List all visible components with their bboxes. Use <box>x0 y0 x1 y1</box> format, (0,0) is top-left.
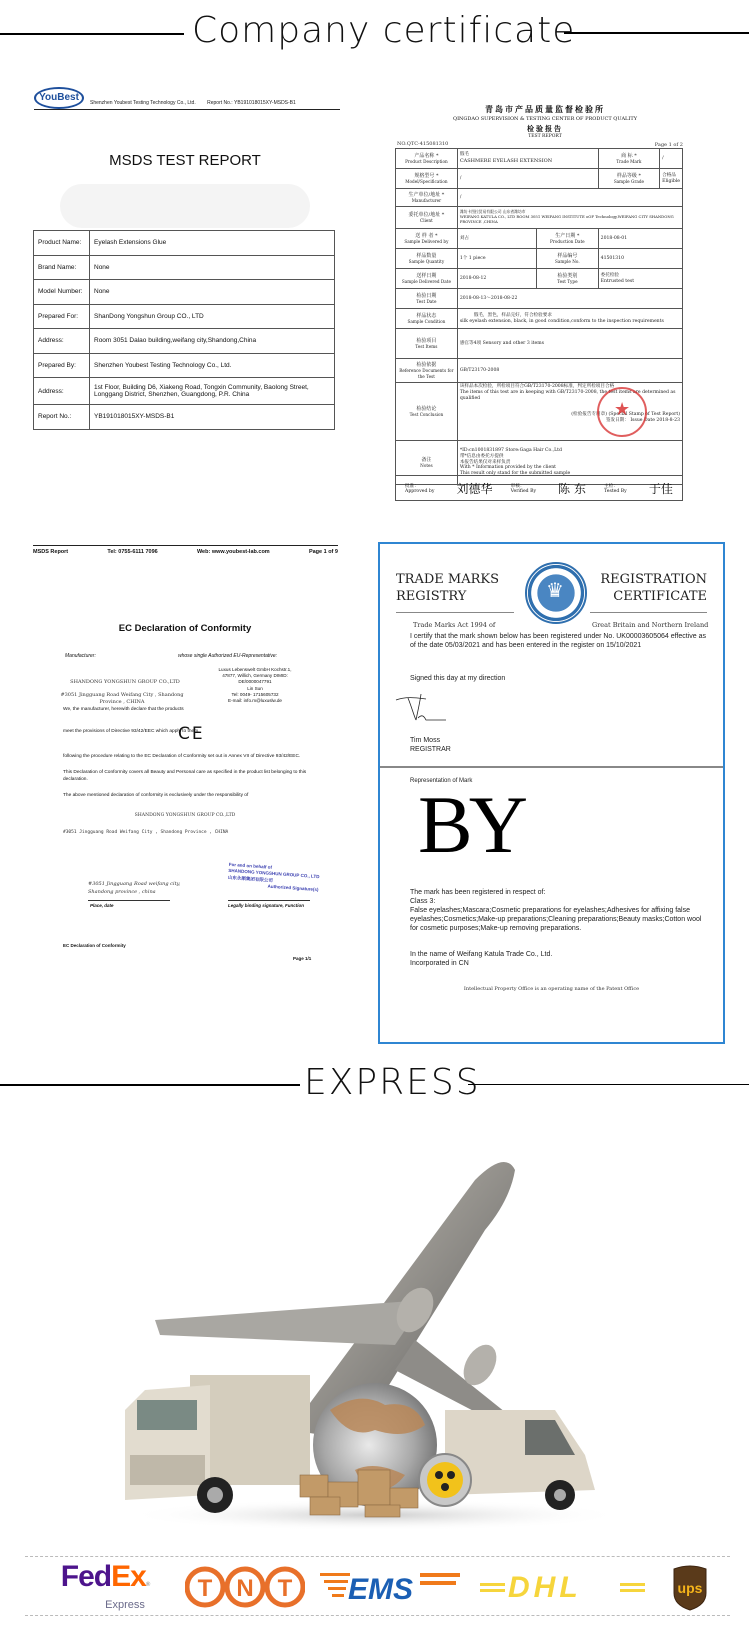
fedex-logo: FedEx® Express <box>40 1557 170 1617</box>
patent-office-crest-icon <box>525 562 587 624</box>
table-row: 样品状态Sample Condition 假毛，黑色，样品完好，符合检验要求si… <box>396 309 683 329</box>
table-row: Prepared By:Shenzhen Youbest Testing Tec… <box>34 353 335 378</box>
van-icon <box>445 1410 595 1510</box>
logistics-illustration <box>115 1110 635 1530</box>
svg-text:ups: ups <box>678 1580 703 1596</box>
company-stamp: For and on behalf of SHANDONG YONGSHUN G… <box>227 862 320 893</box>
owner-text: In the name of Weifang Katula Trade Co.,… <box>410 950 710 968</box>
test-report-table: 产品名称 *Product Description 假毛CASHMERE EYE… <box>395 148 683 485</box>
red-seal-stamp <box>597 387 647 437</box>
table-row: Prepared For:ShanDong Yongshun Group CO.… <box>34 304 335 329</box>
trademark-certificate: TRADE MARKS REGISTRY REGISTRATION CERTIF… <box>378 542 725 1044</box>
header-rule <box>34 109 340 110</box>
tested-signature: 于佳 <box>649 480 673 497</box>
section-title-certificates: Company certificate <box>0 0 749 70</box>
section-divider <box>380 766 723 768</box>
youbest-logo: YouBest <box>34 87 84 109</box>
ems-logo: EMS <box>315 1557 465 1617</box>
manufacturer-address: #3051 Jingguang Road Weifang City , Shan… <box>52 692 192 705</box>
msds-info-table: Product Name:Eyelash Extensions Glue Bra… <box>33 230 335 430</box>
redacted-area <box>60 184 310 228</box>
table-row: 样品数量Sample Quantity 1个 1 piece 样品编号Sampl… <box>396 249 683 269</box>
act-subtitle: Trade Marks Act 1994 of <box>413 621 495 629</box>
table-row: 送 样 者 *Sample Delivered by 刘占 生产日期 *Prod… <box>396 229 683 249</box>
certify-text: I certify that the mark shown below has … <box>410 632 710 650</box>
ems-icon: EMS <box>320 1567 460 1607</box>
report-subtitle-en: TEST REPORT <box>395 134 695 139</box>
truck-icon <box>125 1375 310 1513</box>
representative-label: whose single Authorized EU-Representativ… <box>178 653 277 659</box>
registration-certificate-heading: REGISTRATION CERTIFICATE <box>600 572 707 606</box>
ipo-footer: Intellectual Property Office is an opera… <box>380 986 723 992</box>
dhl-logo: DHL <box>475 1557 650 1617</box>
signature-line <box>88 900 170 901</box>
signature-row: 批准：Approved by 刘德华 审核：Verified By 陈 东 主检… <box>395 475 683 501</box>
registrar-name: Tim Moss <box>410 736 710 745</box>
table-row: 规格型号 *Model/Specification / 样品等级 *Sample… <box>396 169 683 189</box>
signature-line <box>228 900 310 901</box>
registered-respect-text: The mark has been registered in respect … <box>410 888 710 933</box>
trade-marks-registry-heading: TRADE MARKS REGISTRY <box>396 572 499 606</box>
ec-header: MSDS Report Tel: 0755-6111 7096 Web: www… <box>33 549 338 555</box>
certificates-heading: Company certificate <box>192 10 575 51</box>
title-rule-right <box>564 32 749 34</box>
footer-right: Page 1/1 <box>293 956 311 961</box>
table-row: 生产单位/地址 *Manufacturer / <box>396 189 683 207</box>
place-date-label: Place, date <box>90 903 114 908</box>
report-number: NO.QTC-415081310 <box>397 141 448 147</box>
procedure-text: following the procedure relating to the … <box>63 754 308 761</box>
ups-shield-icon: ups <box>672 1563 708 1611</box>
table-row: Address:Room 3051 Dalao building,weifang… <box>34 329 335 354</box>
eu-representative-details: Luxus Lebenswelt GmbH Kochstr.1, 47877, … <box>200 667 310 704</box>
title-rule-right <box>468 1084 749 1085</box>
qingdao-test-report: 青岛市产品质量监督检验所 QINGDAO SUPERVISION & TESTI… <box>395 100 695 525</box>
svg-text:T: T <box>197 1575 212 1602</box>
svg-text:DHL: DHL <box>508 1571 582 1604</box>
svg-text:EMS: EMS <box>348 1573 413 1606</box>
rule-left <box>396 612 514 613</box>
table-row: 检验项目Test Items 感官等4项 Sensory and other 3… <box>396 329 683 359</box>
express-heading: EXPRESS <box>304 1062 481 1103</box>
footer-left: EC Declaration of Conformity <box>63 943 126 948</box>
region-subtitle: Great Britain and Northern Ireland <box>592 621 708 629</box>
covers-text: This Declaration of Conformity covers al… <box>63 770 308 783</box>
company-address: #3051 Jingguang Road Weifang City , Shan… <box>63 830 228 835</box>
declare-text: We, the manufacturer, herewith declare t… <box>63 707 308 714</box>
table-row: Brand Name:None <box>34 255 335 280</box>
manufacturer-label: Manufacturer: <box>65 653 96 659</box>
ec-title: EC Declaration of Conformity <box>30 623 340 634</box>
table-row: Address:1st Floor, Building D6, Xiakeng … <box>34 378 335 405</box>
ups-logo: ups <box>665 1557 715 1617</box>
msds-header: Shenzhen Youbest Testing Technology Co.,… <box>90 100 306 106</box>
responsibility-text: The above mentioned declaration of confo… <box>63 793 308 800</box>
svg-text:N: N <box>236 1575 253 1602</box>
table-row: 送样日期Sample Delivered Date 2018-08-12 检验类… <box>396 269 683 289</box>
report-title-en: QINGDAO SUPERVISION & TESTING CENTER OF … <box>395 116 695 122</box>
table-row: Model Number:None <box>34 280 335 305</box>
msds-title: MSDS TEST REPORT <box>30 152 340 169</box>
registrar-title: REGISTRAR <box>410 745 710 754</box>
table-row: 检验日期Test Date 2018-08-13～2018-08-22 <box>396 289 683 309</box>
tnt-icon: TNT <box>185 1562 305 1612</box>
table-row: 产品名称 *Product Description 假毛CASHMERE EYE… <box>396 149 683 169</box>
trademark-mark: BY <box>418 784 524 866</box>
courier-logos: FedEx® Express TNT EMS DHL <box>25 1556 730 1616</box>
header-rule <box>33 545 338 546</box>
table-row: 委托单位/地址 *Client 潍坊卡图拉贸易有限公司 山东省潍坊市WEIFAN… <box>396 207 683 229</box>
ce-mark-icon: CE <box>178 724 205 744</box>
manufacturer-name: SHANDONG YONGSHUN GROUP CO.,LTD <box>50 679 200 685</box>
dhl-icon: DHL <box>480 1569 645 1605</box>
registrar-signature <box>394 692 454 728</box>
ec-declaration: MSDS Report Tel: 0755-6111 7096 Web: www… <box>30 545 340 1015</box>
company-name: SHANDONG YONGSHUN GROUP CO.,LTD <box>90 813 280 818</box>
svg-text:T: T <box>277 1575 292 1602</box>
table-row: 检验依据Reference Documents for the Test GB/… <box>396 359 683 383</box>
table-row: Report No.:YB191018015XY-MSDS-B1 <box>34 405 335 430</box>
title-rule-left <box>0 1084 300 1086</box>
report-subtitle-cn: 检验报告 <box>395 124 695 134</box>
approved-signature: 刘德华 <box>457 480 493 497</box>
msds-certificate: YouBest Shenzhen Youbest Testing Technol… <box>30 84 340 444</box>
rule-right <box>590 612 707 613</box>
legal-signature-label: Legally binding signature, Function <box>228 903 304 908</box>
verified-signature: 陈 东 <box>558 480 586 497</box>
title-rule-left <box>0 33 184 35</box>
table-row: Product Name:Eyelash Extensions Glue <box>34 231 335 256</box>
signed-text: Signed this day at my direction <box>410 674 710 683</box>
handwritten-place: #3051 Jingguang Road weifang city, Shand… <box>88 881 180 896</box>
tnt-logo: TNT <box>177 1557 312 1617</box>
report-title-cn: 青岛市产品质量监督检验所 <box>395 104 695 115</box>
